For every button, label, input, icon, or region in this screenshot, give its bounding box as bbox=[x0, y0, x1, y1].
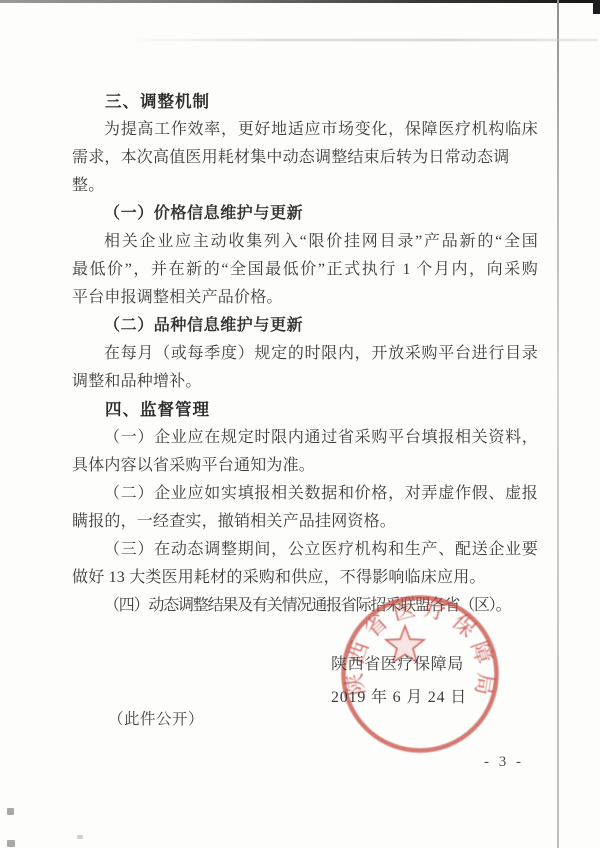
body-line: 在每月（或每季度）规定的时限内，开放采购平台进行目录 bbox=[72, 340, 538, 368]
scan-speck bbox=[7, 840, 15, 847]
public-disclosure-note: （此件公开） bbox=[108, 707, 204, 729]
body-line: 瞒报的，一经查实，撤销相关产品挂网资格。 bbox=[72, 508, 538, 536]
body-line: 调整和品种增补。 bbox=[72, 368, 538, 396]
body-line: （三）在动态调整期间，公立医疗机构和生产、配送企业要 bbox=[72, 536, 538, 564]
page-number: - 3 - bbox=[484, 754, 524, 771]
body-line: 具体内容以省采购平台通知为准。 bbox=[72, 452, 538, 480]
body-line: 平台申报调整相关产品价格。 bbox=[72, 284, 538, 312]
body-line: 为提高工作效率，更好地适应市场变化，保障医疗机构临床 bbox=[72, 116, 538, 144]
body-line: 需求，本次高值医用耗材集中动态调整结束后转为日常动态调整。 bbox=[72, 144, 538, 200]
body-line: （二）企业应如实填报相关数据和价格，对弄虚作假、虚报 bbox=[72, 480, 538, 508]
body-line: （一）企业应在规定时限内通过省采购平台填报相关资料， bbox=[72, 424, 538, 452]
subsection-heading: （二）品种信息维护与更新 bbox=[72, 312, 538, 340]
body-line: 相关企业应主动收集列入“限价挂网目录”产品新的“全国 bbox=[72, 228, 538, 256]
scan-speck bbox=[77, 835, 83, 839]
scanned-document-page: 三、调整机制 为提高工作效率，更好地适应市场变化，保障医疗机构临床 需求，本次高… bbox=[0, 0, 600, 848]
scan-top-edge-line bbox=[0, 0, 600, 3]
document-body: 三、调整机制 为提高工作效率，更好地适应市场变化，保障医疗机构临床 需求，本次高… bbox=[72, 88, 538, 620]
scan-smudge-line bbox=[130, 39, 598, 41]
body-line: 最低价”，并在新的“全国最低价”正式执行 1 个月内，向采购 bbox=[72, 256, 538, 284]
scan-speck bbox=[7, 808, 14, 815]
signature-date: 2019 年 6 月 24 日 bbox=[331, 684, 467, 707]
signature-agency: 陕西省医疗保障局 bbox=[331, 651, 464, 674]
scan-corner-mark bbox=[593, 0, 600, 14]
section-heading: 三、调整机制 bbox=[72, 88, 538, 116]
scan-right-edge-line bbox=[557, 0, 559, 848]
seal-arc-text: 陕西省医疗保障局 bbox=[341, 596, 499, 698]
official-seal: 陕西省医疗保障局 bbox=[325, 578, 525, 778]
subsection-heading: （一）价格信息维护与更新 bbox=[72, 200, 538, 228]
section-heading: 四、监督管理 bbox=[72, 396, 538, 424]
